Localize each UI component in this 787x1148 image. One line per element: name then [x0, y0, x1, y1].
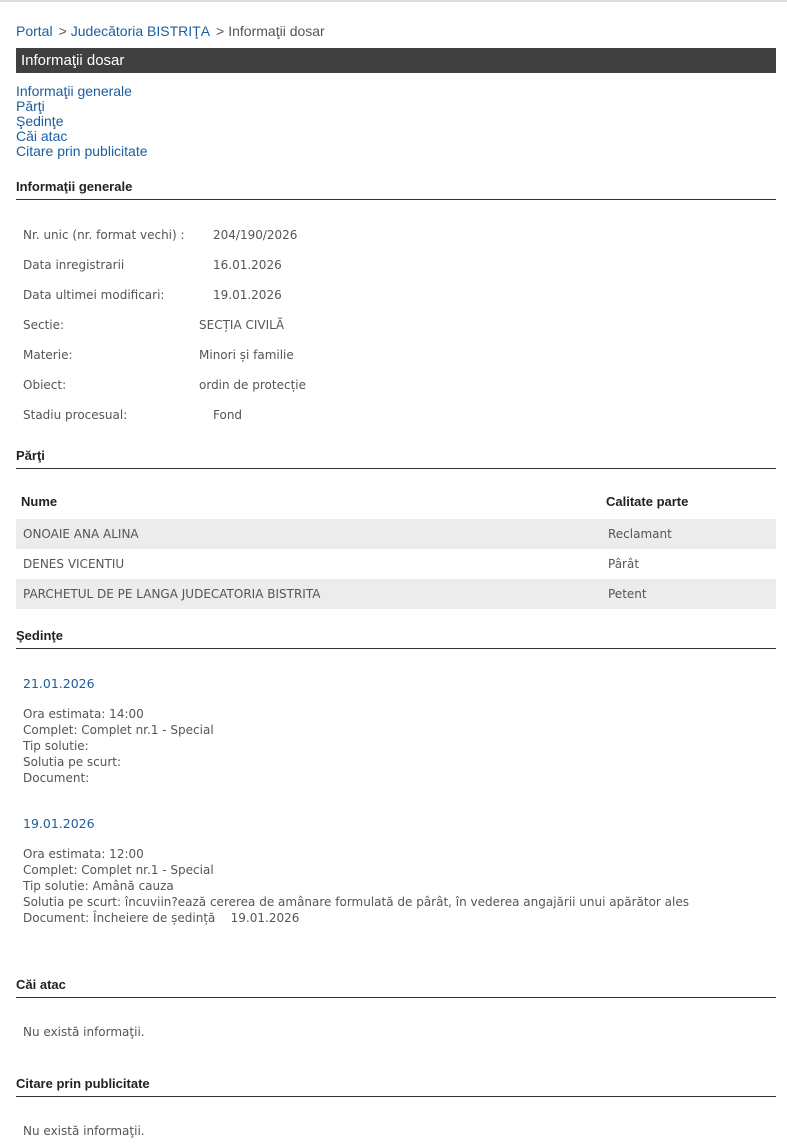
section-title-sessions: Şedinţe	[16, 628, 776, 649]
party-role: Petent	[608, 579, 647, 609]
appeals-empty-message: Nu există informaţii.	[23, 1025, 145, 1039]
field-value: Fond	[213, 408, 242, 422]
field-value: 16.01.2026	[213, 258, 282, 272]
table-of-contents: Informaţii generale Părţi Şedinţe Căi at…	[16, 84, 148, 159]
field-label: Obiect:	[23, 378, 66, 392]
field-label: Stadiu procesual:	[23, 408, 127, 422]
session-panel: Complet: Complet nr.1 - Special	[23, 722, 214, 738]
column-header-role: Calitate parte	[606, 494, 688, 509]
breadcrumb-court[interactable]: Judecătoria BISTRIŢA	[71, 23, 210, 39]
session-item: 21.01.2026 Ora estimata: 14:00 Complet: …	[23, 676, 214, 786]
toc-link-citation[interactable]: Citare prin publicitate	[16, 144, 148, 159]
session-time: Ora estimata: 14:00	[23, 706, 214, 722]
section-title-citation: Citare prin publicitate	[16, 1076, 776, 1097]
breadcrumb-portal[interactable]: Portal	[16, 23, 53, 39]
session-date: 19.01.2026	[23, 816, 689, 832]
session-solution-type: Tip solutie:	[23, 738, 214, 754]
party-name: ONOAIE ANA ALINA	[23, 519, 139, 549]
field-value: Minori și familie	[199, 348, 294, 362]
field-label: Materie:	[23, 348, 73, 362]
table-row: PARCHETUL DE PE LANGA JUDECATORIA BISTRI…	[16, 579, 776, 609]
page-title: Informaţii dosar	[16, 48, 776, 73]
party-role: Reclamant	[608, 519, 672, 549]
field-label: Data inregistrarii	[23, 258, 124, 272]
party-name: DENES VICENTIU	[23, 549, 124, 579]
column-header-name: Nume	[21, 494, 57, 509]
session-time: Ora estimata: 12:00	[23, 846, 689, 862]
field-value: 19.01.2026	[213, 288, 282, 302]
field-label: Nr. unic (nr. format vechi) :	[23, 228, 185, 242]
session-date: 21.01.2026	[23, 676, 214, 692]
session-solution-type: Tip solutie: Amână cauza	[23, 878, 689, 894]
table-row: ONOAIE ANA ALINAReclamant	[16, 519, 776, 549]
session-item: 19.01.2026 Ora estimata: 12:00 Complet: …	[23, 816, 689, 926]
breadcrumb-current: Informaţii dosar	[228, 23, 324, 39]
breadcrumb-separator: >	[216, 23, 224, 39]
field-value: SECȚIA CIVILĂ	[199, 318, 284, 332]
citation-empty-message: Nu există informaţii.	[23, 1124, 145, 1138]
section-title-parties: Părţi	[16, 448, 776, 469]
table-row: DENES VICENTIUPârât	[16, 549, 776, 579]
session-document: Document: Încheiere de ședință 19.01.202…	[23, 910, 689, 926]
field-value: ordin de protecție	[199, 378, 306, 392]
section-title-general: Informaţii generale	[16, 179, 776, 200]
session-document: Document:	[23, 770, 214, 786]
party-name: PARCHETUL DE PE LANGA JUDECATORIA BISTRI…	[23, 579, 320, 609]
session-solution-summary: Solutia pe scurt:	[23, 754, 214, 770]
session-solution-summary: Solutia pe scurt: încuviin?ează cererea …	[23, 894, 689, 910]
toc-link-general[interactable]: Informaţii generale	[16, 84, 148, 99]
breadcrumb-separator: >	[59, 23, 67, 39]
field-label: Sectie:	[23, 318, 64, 332]
toc-link-parties[interactable]: Părţi	[16, 99, 148, 114]
toc-link-appeals[interactable]: Căi atac	[16, 129, 148, 144]
session-panel: Complet: Complet nr.1 - Special	[23, 862, 689, 878]
toc-link-sessions[interactable]: Şedinţe	[16, 114, 148, 129]
breadcrumb: Portal>Judecătoria BISTRIŢA>Informaţii d…	[16, 23, 325, 39]
section-title-appeals: Căi atac	[16, 977, 776, 998]
field-label: Data ultimei modificari:	[23, 288, 164, 302]
field-value: 204/190/2026	[213, 228, 297, 242]
party-role: Pârât	[608, 549, 639, 579]
